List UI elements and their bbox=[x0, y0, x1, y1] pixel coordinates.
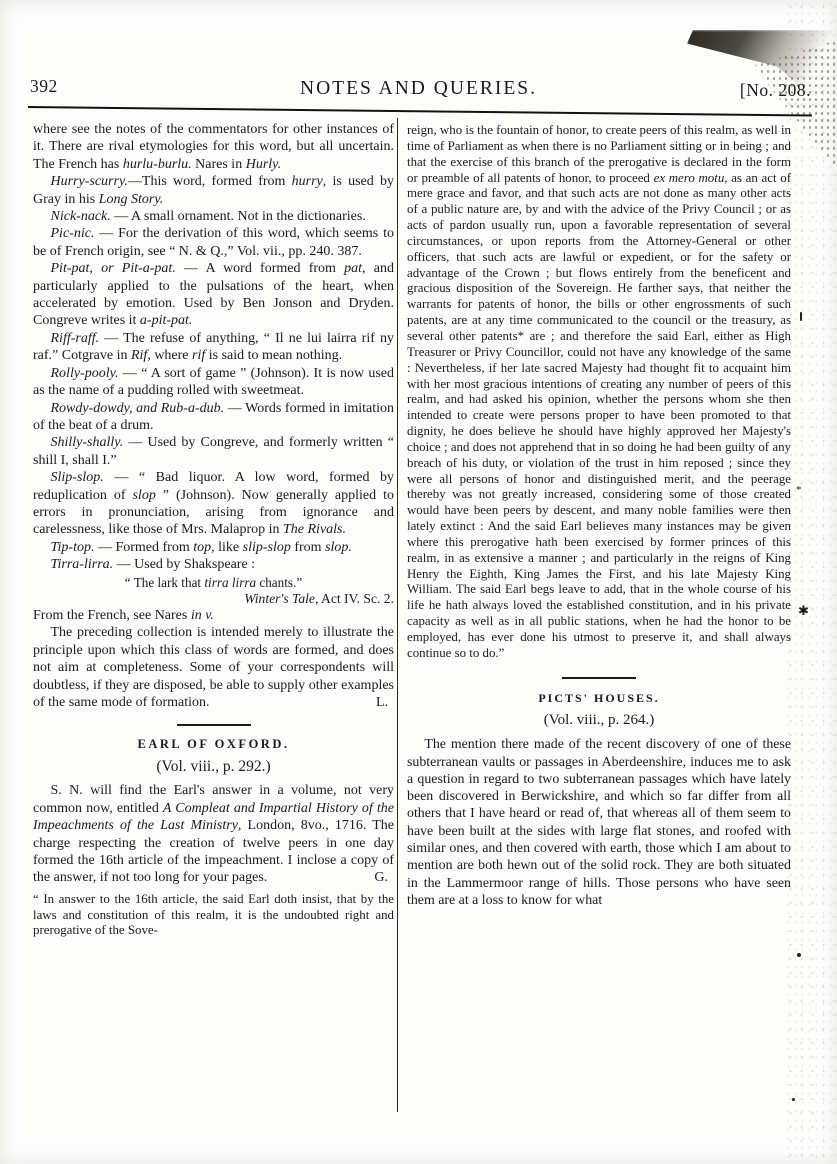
section-reference: (Vol. viii., p. 264.) bbox=[407, 712, 791, 729]
section-separator-rule bbox=[562, 677, 636, 679]
section-heading-picts-houses: PICTS' HOUSES. bbox=[407, 690, 791, 707]
word-formation-list: where see the notes of the commentators … bbox=[33, 121, 394, 574]
ink-speck: ✱ bbox=[798, 604, 809, 617]
word-entry-paragraph: Rowdy-dowdy, and Rub-a-dub. — Words form… bbox=[33, 400, 394, 435]
word-entry-paragraph: Tip-top. — Formed from top, like slip-sl… bbox=[33, 539, 394, 556]
contributor-signature: G. bbox=[33, 869, 394, 886]
column-divider-rule bbox=[397, 118, 398, 1112]
ink-speck bbox=[792, 1098, 795, 1101]
contributor-signature: L. bbox=[33, 694, 394, 711]
word-entry-paragraph: Riff-raff. — The refuse of anything, “ I… bbox=[33, 330, 394, 365]
right-column: reign, who is the fountain of honor, to … bbox=[407, 123, 791, 909]
left-column: where see the notes of the commentators … bbox=[33, 121, 394, 939]
quoted-answer-continuation: reign, who is the fountain of honor, to … bbox=[407, 123, 791, 662]
verse-quote: “ The lark that tirra lirra chants.” bbox=[33, 575, 394, 591]
ink-speck bbox=[800, 312, 802, 321]
section-reference: (Vol. viii., p. 292.) bbox=[33, 758, 394, 775]
issue-number: [No. 208. bbox=[740, 80, 811, 101]
scan-noise-right-margin bbox=[785, 0, 837, 1164]
word-entry-paragraph: Shilly-shally. — Used by Congreve, and f… bbox=[33, 434, 394, 469]
quoted-answer-start: “ In answer to the 16th article, the sai… bbox=[33, 892, 394, 940]
ink-speck bbox=[797, 953, 801, 957]
ink-speck: * bbox=[796, 485, 802, 496]
section-separator-rule bbox=[177, 724, 251, 726]
section-body: The mention there made of the recent dis… bbox=[407, 736, 791, 909]
journal-title: NOTES AND QUERIES. bbox=[0, 78, 837, 100]
word-entry-paragraph: Pic-nic. — For the derivation of this wo… bbox=[33, 225, 394, 260]
word-entry-paragraph: Rolly-pooly. — “ A sort of game ” (Johns… bbox=[33, 365, 394, 400]
page-header: 392 NOTES AND QUERIES. [No. 208. bbox=[0, 0, 837, 118]
section-heading-earl-of-oxford: EARL OF OXFORD. bbox=[33, 736, 394, 753]
word-entry-paragraph: Slip-slop. — “ Bad liquor. A low word, f… bbox=[33, 469, 394, 539]
word-entry-paragraph: where see the notes of the commentators … bbox=[33, 121, 394, 173]
word-entry-paragraph: Tirra-lirra. — Used by Shakspeare : bbox=[33, 556, 394, 573]
word-entry-paragraph: Hurry-scurry.—This word, formed from hur… bbox=[33, 173, 394, 208]
header-rule bbox=[28, 106, 812, 117]
word-entry-paragraph: Nick-nack. — A small ornament. Not in th… bbox=[33, 208, 394, 225]
verse-attribution: Winter's Tale, Act IV. Sc. 2. bbox=[33, 591, 394, 608]
word-entry-paragraph: Pit-pat, or Pit-a-pat. — A word formed f… bbox=[33, 260, 394, 330]
after-verse-note: From the French, see Nares in v. bbox=[33, 607, 394, 624]
